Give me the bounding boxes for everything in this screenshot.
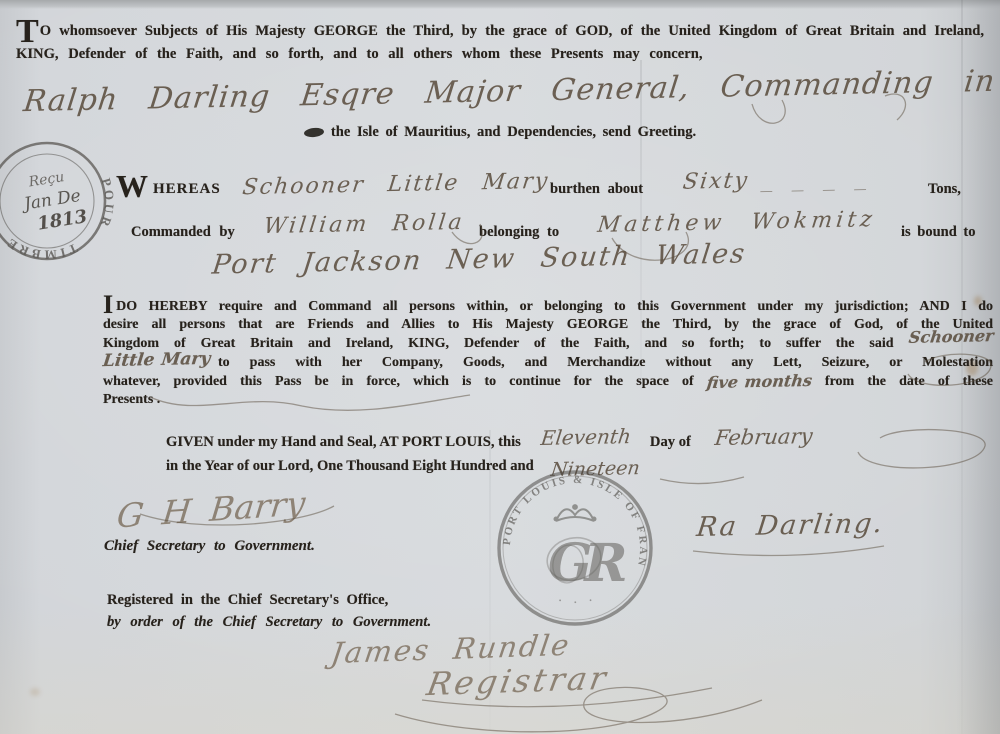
day-handwriting: Eleventh xyxy=(539,426,632,449)
greeting-text: the Isle of Mauritius, and Dependencies,… xyxy=(331,124,696,140)
body-line5a-text: whatever, provided this Pass be in force… xyxy=(103,374,694,389)
secretary-title: Chief Secretary to Government. xyxy=(104,538,315,555)
body-line3-text: Kingdom of Great Britain and Ireland, KI… xyxy=(103,336,894,351)
given-block: GIVEN under my Hand and Seal, AT PORT LO… xyxy=(166,429,812,477)
vessel-name-handwriting: Schooner Little Mary xyxy=(241,169,551,200)
body-line1: IDO HEREBY require and Command all perso… xyxy=(103,298,993,316)
seal-rim-bottom-text: · · · xyxy=(553,592,594,607)
body-line2: desire all persons that are Friends and … xyxy=(103,316,993,334)
registered-office-line: Registered in the Chief Secretary's Offi… xyxy=(107,592,388,609)
svg-text:· · ·: · · · xyxy=(553,592,594,607)
drop-cap-I: I xyxy=(103,290,113,319)
body-line1-text: DO HEREBY require and Command all person… xyxy=(116,299,993,314)
month-handwriting: February xyxy=(713,426,813,450)
timbre-stamp-icon: POUR TIMBRE Reçu Jan De 1813 xyxy=(0,134,114,268)
svg-text:POUR: POUR xyxy=(96,176,114,231)
whereas-drop-cap: W xyxy=(116,168,149,205)
whereas-word: HEREAS xyxy=(153,181,221,198)
tons-label: Tons, xyxy=(928,181,961,198)
secretary-signature: G H Barry xyxy=(115,484,307,536)
commanded-label: Commanded by xyxy=(131,224,235,241)
drop-cap-T: T xyxy=(16,13,40,50)
body-line5b-text: from the date of these xyxy=(825,374,993,389)
belonging-label: belonging to xyxy=(479,224,559,241)
body-line4: Little Maryto pass with her Company, Goo… xyxy=(103,353,993,372)
burthen-label: burthen about xyxy=(550,181,643,198)
schooner-handwriting: Schooner xyxy=(907,327,994,346)
stamp-arc-right-text: POUR xyxy=(96,176,114,231)
body-line5: whatever, provided this Pass be in force… xyxy=(103,371,993,391)
struck-word-ink-blot xyxy=(303,127,324,138)
stamp-hand-line1: Reçu xyxy=(27,169,66,191)
royal-cypher-text: GR xyxy=(548,533,625,594)
governor-signature: Ra Darling. xyxy=(695,508,886,543)
vessel-handwriting-2: Little Mary xyxy=(102,351,211,371)
body-line4-text: to pass with her Company, Goods, and Mer… xyxy=(218,355,993,370)
registrar-title-handwriting: Registrar xyxy=(424,659,612,703)
tonnage-handwriting: Sixty xyxy=(681,168,750,194)
body-line6: Presents . xyxy=(103,391,993,409)
paper-page: TO whomsoever Subjects of His Majesty GE… xyxy=(0,0,1000,734)
given-line1b: Day of xyxy=(650,434,691,450)
given-line1a: GIVEN under my Hand and Seal, AT PORT LO… xyxy=(166,434,521,450)
foxing-dot xyxy=(30,688,40,696)
header-line1: TO whomsoever Subjects of His Majesty GE… xyxy=(16,22,984,42)
blank-dashes: — — — — xyxy=(759,182,875,199)
header-line2: KING, Defender of the Faith, and so fort… xyxy=(16,46,984,63)
owner-name-handwriting: Matthew Wokmitz xyxy=(596,207,877,238)
salutation-handwriting: Ralph Darling Esqre Major General, Comma… xyxy=(25,74,955,109)
header-line1-text: O whomsoever Subjects of His Majesty GEO… xyxy=(40,23,984,39)
body-line3: Kingdom of Great Britain and Ireland, KI… xyxy=(103,333,993,353)
bound-label: is bound to xyxy=(901,224,976,241)
paper-top-edge xyxy=(0,0,1000,9)
given-line2-text: in the Year of our Lord, One Thousand Ei… xyxy=(166,458,534,474)
crown-glyph xyxy=(554,505,596,521)
given-line1: GIVEN under my Hand and Seal, AT PORT LO… xyxy=(166,429,812,454)
master-name-handwriting: William Rolla xyxy=(262,210,466,239)
registered-order-line: by order of the Chief Secretary to Gover… xyxy=(107,614,431,631)
greeting-line: the Isle of Mauritius, and Dependencies,… xyxy=(0,124,1000,141)
body-paragraph: IDO HEREBY require and Command all perso… xyxy=(103,298,993,409)
royal-seal-icon: PORT LOUIS & ISLE OF FRANCE · · · GR xyxy=(490,463,660,633)
destination-handwriting: Port Jackson New South Wales xyxy=(210,238,748,280)
salutation-text: Ralph Darling Esqre Major General, Comma… xyxy=(22,64,998,119)
duration-handwriting: five months xyxy=(706,372,813,392)
given-line2: in the Year of our Lord, One Thousand Ei… xyxy=(166,454,812,478)
header-block: TO whomsoever Subjects of His Majesty GE… xyxy=(16,22,984,63)
